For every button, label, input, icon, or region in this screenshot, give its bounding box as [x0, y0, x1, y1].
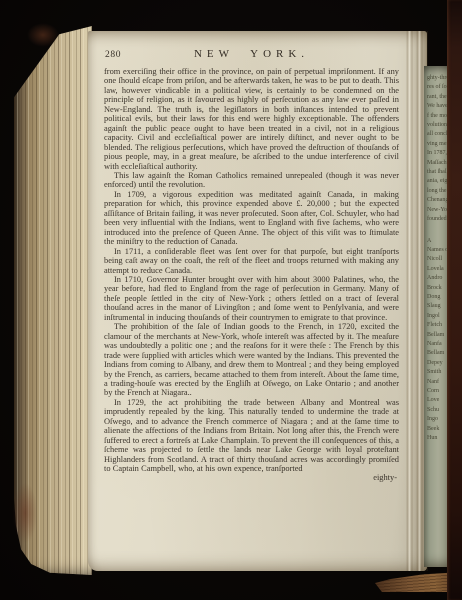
text-fragment: A [427, 237, 447, 246]
catchword: eighty- [104, 473, 399, 482]
paper-stain [27, 23, 59, 47]
text-fragment: Love [427, 396, 447, 405]
text-fragment: Fletch [427, 321, 447, 330]
text-fragment: long the [427, 187, 447, 196]
page-header: 280 NEW YORK. [104, 48, 399, 61]
text-fragment: Nicoll [427, 255, 447, 264]
next-page-edge: ghty-threeres of ſomerant, the ſeWe have… [424, 66, 447, 567]
text-fragment: Schu [427, 406, 447, 415]
text-fragment: Beek [427, 425, 447, 434]
text-fragment: Dong [427, 293, 447, 302]
text-fragment: Brock [427, 284, 447, 293]
text-block: from exerciſing their office in the prov… [104, 67, 399, 473]
paragraph: In 1709, a vigorous expedition was medit… [104, 190, 399, 247]
book-cover-edge [447, 0, 462, 600]
paper-stain [13, 483, 37, 543]
text-fragment: ghty-three [427, 74, 447, 83]
book-scan: 280 NEW YORK. from exerciſing their offi… [0, 0, 462, 600]
text-fragment: founded [427, 215, 447, 224]
strip-spacer [427, 225, 447, 237]
paragraph: In 1711, a conſiderable fleet was ſent o… [104, 247, 399, 275]
paragraph: This law againſt the Roman Catholics rem… [104, 171, 399, 190]
paragraph: The prohibition of the ſale of Indian go… [104, 322, 399, 398]
text-fragment: Chenango [427, 196, 447, 205]
text-fragment: f the moſt [427, 112, 447, 121]
running-title: NEW YORK. [104, 48, 399, 60]
paragraph: In 1729, the act prohibiting the trade b… [104, 398, 399, 474]
page-content: 280 NEW YORK. from exerciſing their offi… [88, 31, 427, 483]
text-fragment: that ſhall [427, 168, 447, 177]
text-fragment: volution. [427, 121, 447, 130]
text-fragment: Lovela [427, 265, 447, 274]
text-fragment: Ingol [427, 312, 447, 321]
text-fragment: Ingo [427, 415, 447, 424]
text-fragment: Nanf [427, 378, 447, 387]
paragraph: from exerciſing their office in the prov… [104, 67, 399, 171]
text-fragment: Slaug [427, 302, 447, 311]
text-fragment: We have [427, 102, 447, 111]
text-fragment: Corn [427, 387, 447, 396]
text-fragment: res of ſome [427, 83, 447, 92]
text-fragment: Depey [427, 359, 447, 368]
text-fragment: Smith [427, 368, 447, 377]
text-fragment: Bellam [427, 349, 447, 358]
paragraph: In 1710, Governor Hunter brought over wi… [104, 275, 399, 322]
book-page: 280 NEW YORK. from exerciſing their offi… [88, 31, 427, 571]
text-fragment: all conclu [427, 130, 447, 139]
text-fragment: Hun [427, 434, 447, 443]
text-fragment: Names of G [427, 246, 447, 255]
text-fragment: Andro [427, 274, 447, 283]
text-fragment: Maſſachu [427, 159, 447, 168]
next-page-fragments: ghty-threeres of ſomerant, the ſeWe have… [427, 74, 447, 225]
text-fragment: ania, eig [427, 177, 447, 186]
text-fragment: Bellam [427, 331, 447, 340]
text-fragment: ving men [427, 140, 447, 149]
text-fragment: New-York [427, 206, 447, 215]
next-page-list-fragments: ANames of GNicollLovelaAndroBrockDongSla… [427, 237, 447, 444]
text-fragment: Nanfa [427, 340, 447, 349]
text-fragment: rant, the ſe [427, 93, 447, 102]
text-fragment: In 1787, [427, 149, 447, 158]
